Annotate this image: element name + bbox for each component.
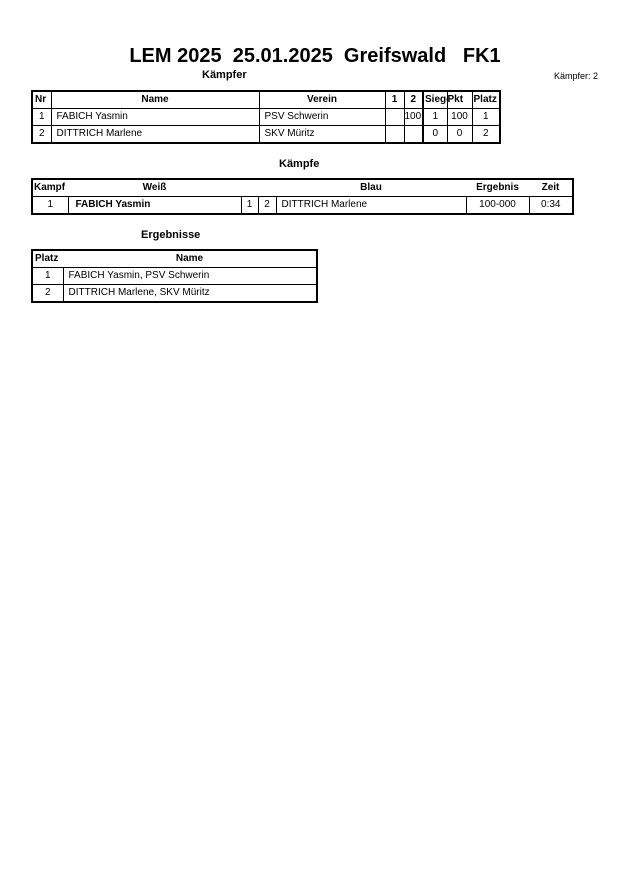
col-platz: Platz [472, 91, 500, 109]
col-zeit: Zeit [529, 179, 573, 197]
section-title-kaempfe: Kämpfe [279, 158, 319, 170]
col-nr-blau [258, 179, 276, 197]
fighter-round-2 [404, 126, 423, 144]
bout-zeit: 0:34 [529, 197, 573, 215]
table-row: 1 FABICH Yasmin PSV Schwerin 100 1 100 1 [32, 109, 500, 126]
bout-weiss-name: FABICH Yasmin [68, 197, 241, 215]
table-row: 1 FABICH Yasmin, PSV Schwerin [32, 268, 317, 285]
table-row: 2 DITTRICH Marlene SKV Müritz 0 0 2 [32, 126, 500, 144]
fighter-verein: SKV Müritz [259, 126, 385, 144]
col-round-1: 1 [385, 91, 404, 109]
col-nr-weiss [241, 179, 258, 197]
col-name: Name [63, 250, 317, 268]
fighters-table: Nr Name Verein 1 2 Siege Pkt Platz 1 FAB… [31, 90, 501, 144]
fighter-verein: PSV Schwerin [259, 109, 385, 126]
result-name: FABICH Yasmin, PSV Schwerin [63, 268, 317, 285]
bout-blau-name: DITTRICH Marlene [276, 197, 466, 215]
fighter-platz: 1 [472, 109, 500, 126]
fighter-name: FABICH Yasmin [51, 109, 259, 126]
table-row: 2 DITTRICH Marlene, SKV Müritz [32, 285, 317, 303]
col-blau: Blau [276, 179, 466, 197]
fighter-round-1 [385, 126, 404, 144]
fighter-pkt: 100 [447, 109, 472, 126]
fighter-siege: 0 [423, 126, 447, 144]
fighter-nr: 1 [32, 109, 51, 126]
fighter-siege: 1 [423, 109, 447, 126]
result-platz: 2 [32, 285, 63, 303]
col-name: Name [51, 91, 259, 109]
fighter-name: DITTRICH Marlene [51, 126, 259, 144]
fighters-count: Kämpfer: 2 [554, 71, 598, 81]
col-siege: Siege [423, 91, 447, 109]
fighter-pkt: 0 [447, 126, 472, 144]
fighters-header-row: Nr Name Verein 1 2 Siege Pkt Platz [32, 91, 500, 109]
bout-blau-nr: 2 [258, 197, 276, 215]
table-row: 1 FABICH Yasmin 1 2 DITTRICH Marlene 100… [32, 197, 573, 215]
bout-ergebnis: 100-000 [466, 197, 529, 215]
fighter-nr: 2 [32, 126, 51, 144]
col-ergebnis: Ergebnis [466, 179, 529, 197]
page-title: LEM 2025 25.01.2025 Greifswald FK1 [0, 45, 630, 68]
section-title-ergebnisse: Ergebnisse [141, 229, 200, 241]
col-nr: Nr [32, 91, 51, 109]
fighter-platz: 2 [472, 126, 500, 144]
results-table: Platz Name 1 FABICH Yasmin, PSV Schwerin… [31, 249, 318, 303]
bout-number: 1 [32, 197, 68, 215]
col-verein: Verein [259, 91, 385, 109]
fighter-round-1 [385, 109, 404, 126]
col-weiss: Weiß [68, 179, 241, 197]
results-header-row: Platz Name [32, 250, 317, 268]
section-title-kaempfer: Kämpfer [202, 69, 247, 81]
bouts-header-row: Kampf Weiß Blau Ergebnis Zeit [32, 179, 573, 197]
col-pkt: Pkt [447, 91, 472, 109]
bouts-table: Kampf Weiß Blau Ergebnis Zeit 1 FABICH Y… [31, 178, 574, 215]
fighter-round-2: 100 [404, 109, 423, 126]
col-kampf: Kampf [32, 179, 68, 197]
result-name: DITTRICH Marlene, SKV Müritz [63, 285, 317, 303]
result-platz: 1 [32, 268, 63, 285]
col-round-2: 2 [404, 91, 423, 109]
col-platz: Platz [32, 250, 63, 268]
bout-weiss-nr: 1 [241, 197, 258, 215]
